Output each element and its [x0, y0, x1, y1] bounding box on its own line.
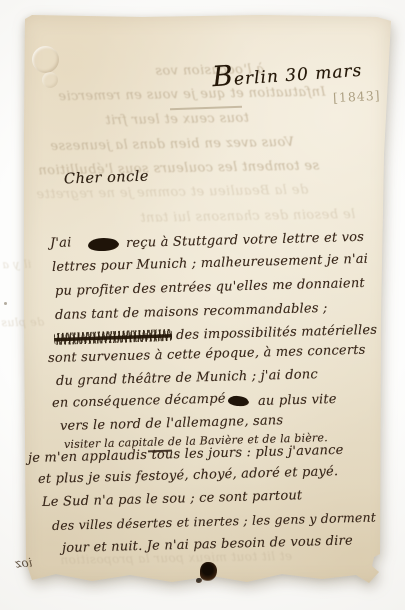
bleedthrough-line: de plus [1, 316, 44, 330]
blind-stamp-icon [42, 72, 58, 88]
photo-canvas: à l'occasion vos Infatuation et que je v… [0, 0, 405, 610]
bleedthrough-line: tous ceux et leur frit [105, 111, 249, 129]
blind-stamp-icon [32, 46, 59, 73]
bleedthrough-line: il y a [2, 258, 31, 272]
pencil-year-annotation: [1843] [333, 88, 381, 105]
bleedthrough-corner-mark: ioz [15, 555, 33, 570]
letter-line: J'ai [50, 235, 72, 251]
salutation: Cher oncle [64, 169, 149, 188]
dust-speck [4, 302, 7, 305]
letter-line: au plus vite [258, 392, 337, 409]
